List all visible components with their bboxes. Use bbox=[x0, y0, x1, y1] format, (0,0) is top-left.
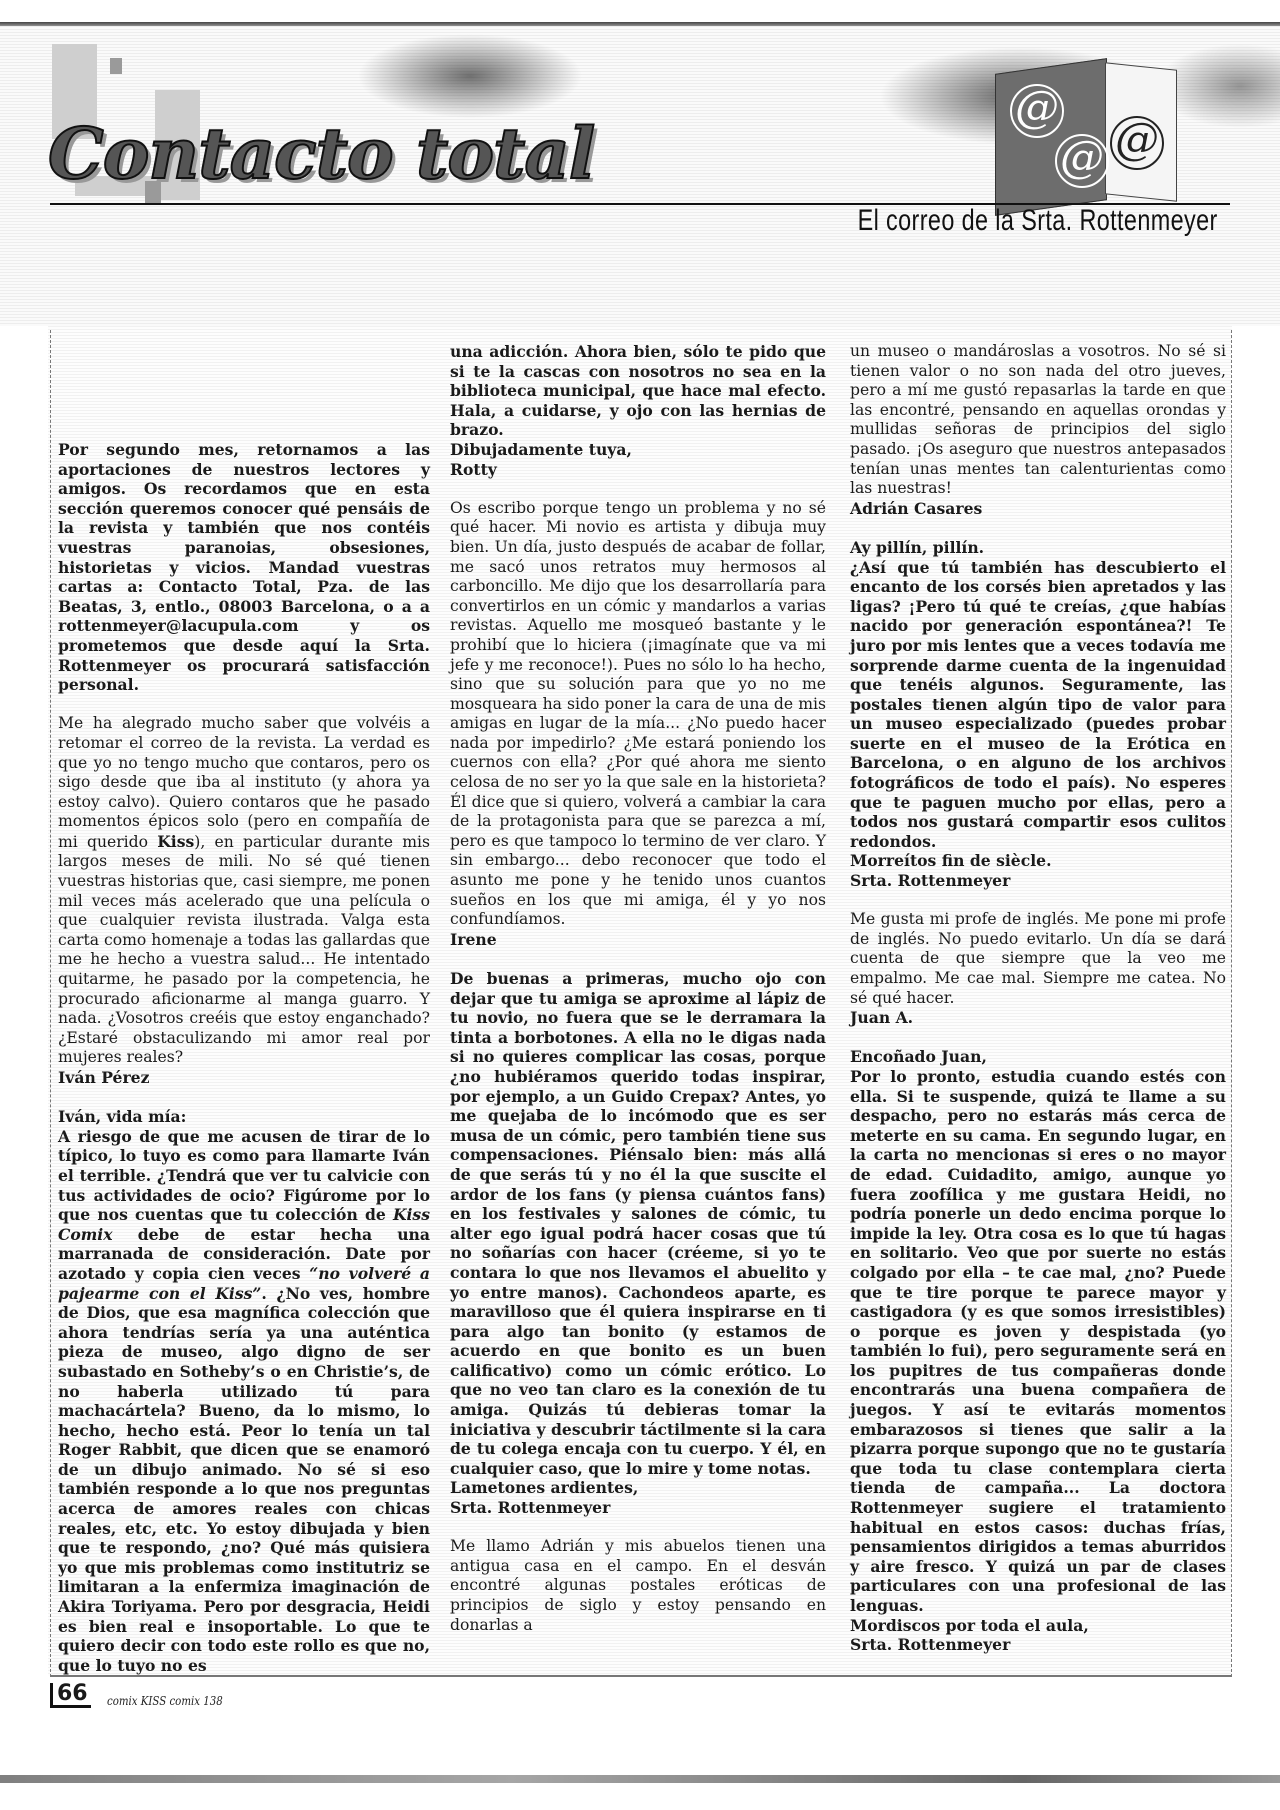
signature: Srta. Rottenmeyer bbox=[850, 871, 1226, 891]
reply-juan: Encoñado Juan, Por lo pronto, estudia cu… bbox=[850, 1047, 1226, 1654]
signature: Rotty bbox=[450, 460, 826, 480]
signature: Adrián Casares bbox=[850, 499, 1226, 519]
column-3: un museo o mandároslas a vosotros. No sé… bbox=[850, 342, 1226, 1655]
reply-ivan-continued: una adicción. Ahora bien, sólo te pido q… bbox=[450, 342, 826, 479]
signature: Irene bbox=[450, 930, 826, 950]
intro-paragraph: Por segundo mes, retornamos a las aporta… bbox=[58, 440, 430, 695]
column-1: Por segundo mes, retornamos a las aporta… bbox=[58, 440, 430, 1675]
letter-adrian: Me llamo Adrián y mis abuelos tienen una… bbox=[450, 1537, 826, 1635]
signature: Srta. Rottenmeyer bbox=[850, 1635, 1226, 1655]
reply-adrian: Ay pillín, pillín. ¿Así que tú también h… bbox=[850, 538, 1226, 891]
letter-irene: Os escribo porque tengo un problema y no… bbox=[450, 499, 826, 950]
signature: Srta. Rottenmeyer bbox=[450, 1498, 826, 1518]
decorative-square bbox=[110, 58, 122, 74]
letter-ivan: Me ha alegrado mucho saber que volvéis a… bbox=[58, 714, 430, 1087]
column-2: una adicción. Ahora bien, sólo te pido q… bbox=[450, 342, 826, 1635]
letter-juan: Me gusta mi profe de inglés. Me pone mi … bbox=[850, 910, 1226, 1028]
at-sign-icon: @ bbox=[1110, 116, 1164, 170]
reply-irene: De buenas a primeras, mucho ojo con deja… bbox=[450, 969, 826, 1518]
magazine-page: @ @ @ Contacto total El correo de la Srt… bbox=[0, 0, 1280, 1810]
page-title: Contacto total bbox=[48, 112, 594, 195]
magazine-issue: comix KISS comix 138 bbox=[107, 1694, 223, 1708]
header-banner: @ @ @ Contacto total El correo de la Srt… bbox=[0, 26, 1280, 326]
at-sign-icon: @ bbox=[1010, 84, 1064, 138]
page-subtitle: El correo de la Srta. Rottenmeyer bbox=[858, 204, 1218, 238]
letter-adrian-continued: un museo o mandároslas a vosotros. No sé… bbox=[850, 342, 1226, 518]
page-footer: 66 comix KISS comix 138 bbox=[50, 1683, 243, 1708]
reply-ivan: Iván, vida mía: A riesgo de que me acuse… bbox=[58, 1107, 430, 1675]
page-number: 66 bbox=[50, 1683, 91, 1708]
at-sign-icon: @ bbox=[1055, 134, 1109, 188]
page-bottom-edge bbox=[0, 1775, 1280, 1783]
signature: Iván Pérez bbox=[58, 1068, 430, 1088]
signature: Juan A. bbox=[850, 1008, 1226, 1028]
